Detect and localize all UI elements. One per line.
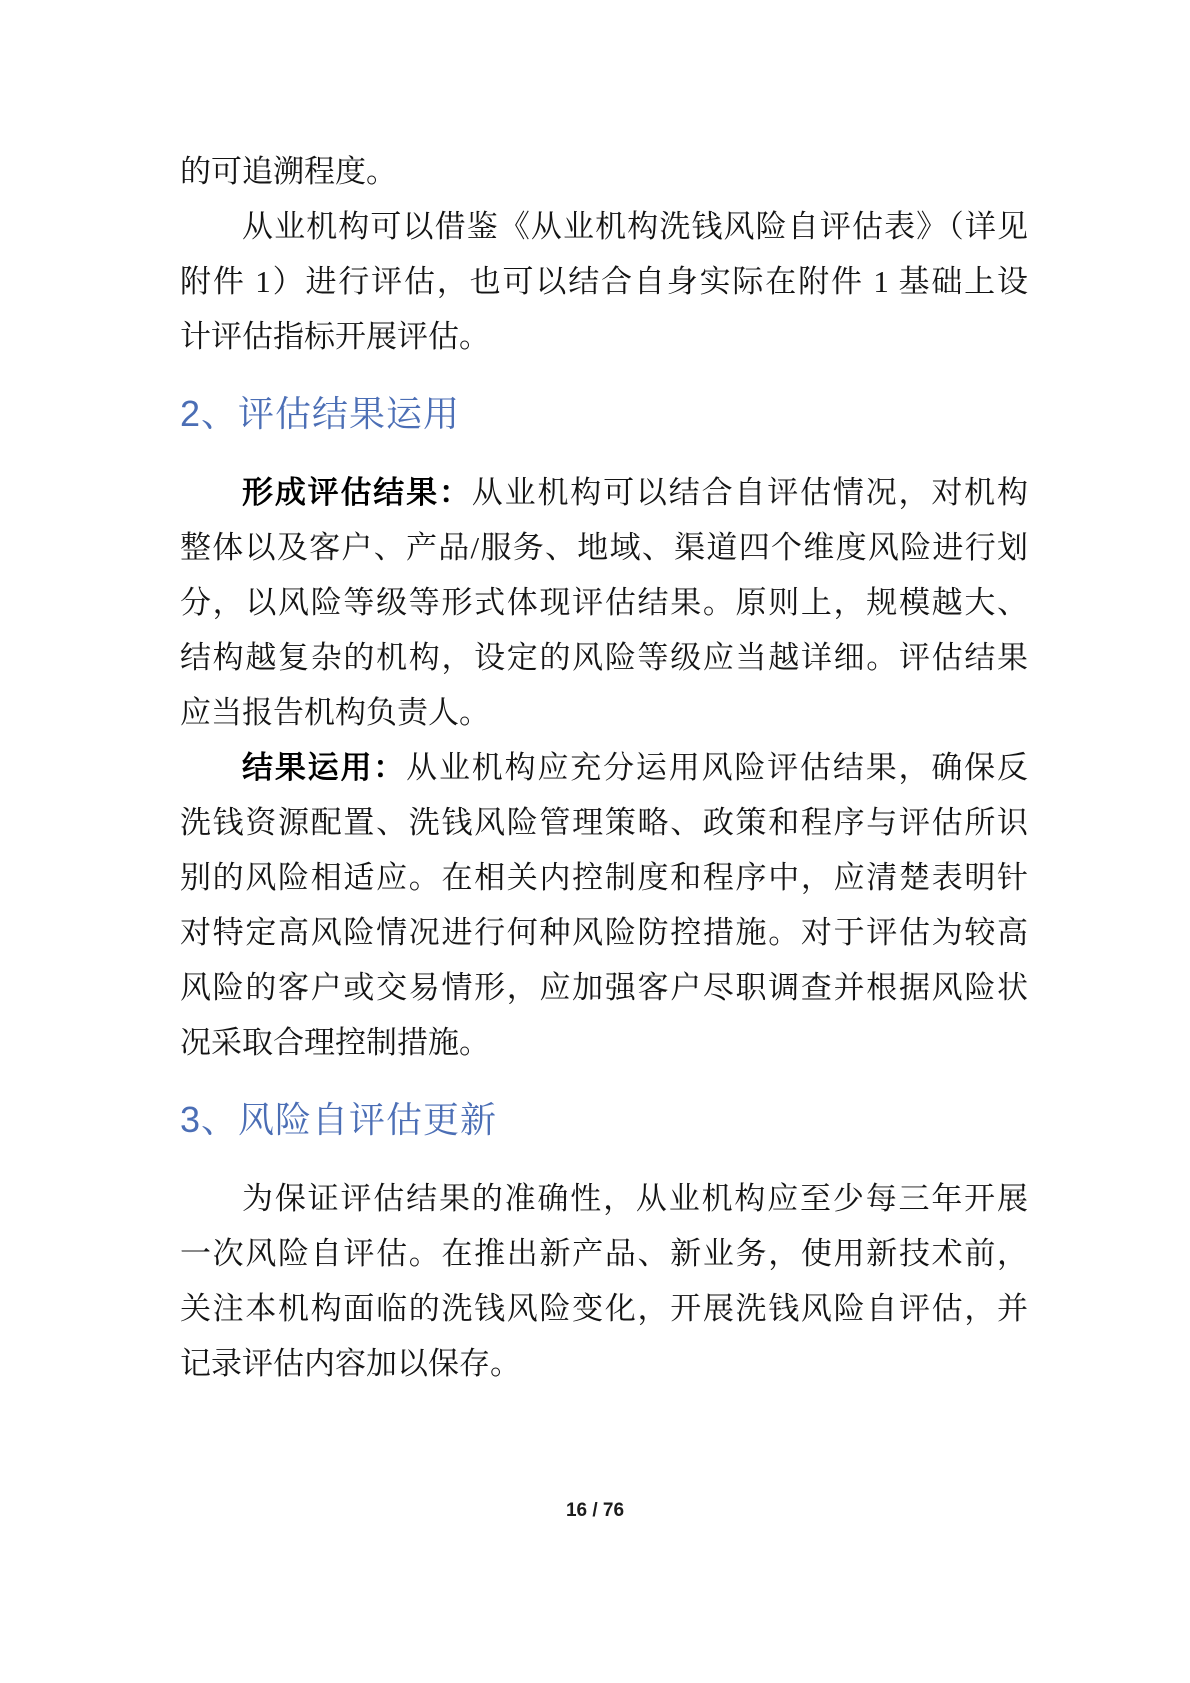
section-heading-3: 3、风险自评估更新 — [180, 1090, 1028, 1150]
paragraph-line: 风险的客户或交易情形，应加强客户尽职调查并根据风险状 — [180, 960, 1028, 1015]
paragraph-line: 对特定高风险情况进行何种风险防控措施。对于评估为较高 — [180, 905, 1028, 960]
document-page: 的可追溯程度。 从业机构可以借鉴《从业机构洗钱风险自评估表》（详见 附件 1）进… — [0, 0, 1190, 1683]
paragraph-line: 附件 1）进行评估，也可以结合自身实际在附件 1 基础上设 — [180, 254, 1028, 309]
paragraph-line: 应当报告机构负责人。 — [180, 685, 1028, 740]
bold-lead-text: 结果运用： — [242, 750, 406, 785]
paragraph-line: 结果运用：从业机构应充分运用风险评估结果，确保反 — [180, 740, 1028, 795]
paragraph-line: 洗钱资源配置、洗钱风险管理策略、政策和程序与评估所识 — [180, 795, 1028, 850]
paragraph-text: 从业机构应充分运用风险评估结果，确保反 — [406, 750, 1028, 785]
paragraph-tail-line: 的可追溯程度。 — [180, 144, 1028, 199]
paragraph-line: 结构越复杂的机构，设定的风险等级应当越详细。评估结果 — [180, 630, 1028, 685]
section-heading-2: 2、评估结果运用 — [180, 384, 1028, 444]
paragraph-line: 况采取合理控制措施。 — [180, 1015, 1028, 1070]
paragraph-line: 关注本机构面临的洗钱风险变化，开展洗钱风险自评估，并 — [180, 1281, 1028, 1336]
paragraph-line: 为保证评估结果的准确性，从业机构应至少每三年开展 — [180, 1171, 1028, 1226]
paragraph-line: 整体以及客户、产品/服务、地域、渠道四个维度风险进行划 — [180, 520, 1028, 575]
document-body: 的可追溯程度。 从业机构可以借鉴《从业机构洗钱风险自评估表》（详见 附件 1）进… — [180, 144, 1028, 1391]
bold-lead-text: 形成评估结果： — [242, 475, 472, 510]
paragraph-line: 一次风险自评估。在推出新产品、新业务，使用新技术前， — [180, 1226, 1028, 1281]
paragraph-line: 别的风险相适应。在相关内控制度和程序中，应清楚表明针 — [180, 850, 1028, 905]
paragraph-line: 从业机构可以借鉴《从业机构洗钱风险自评估表》（详见 — [180, 199, 1028, 254]
paragraph-line: 计评估指标开展评估。 — [180, 309, 1028, 364]
paragraph-line: 形成评估结果：从业机构可以结合自评估情况，对机构 — [180, 465, 1028, 520]
page-number: 16 / 76 — [0, 1500, 1190, 1522]
paragraph-line: 分，以风险等级等形式体现评估结果。原则上，规模越大、 — [180, 575, 1028, 630]
paragraph-line: 记录评估内容加以保存。 — [180, 1336, 1028, 1391]
paragraph-text: 从业机构可以结合自评估情况，对机构 — [472, 475, 1028, 510]
